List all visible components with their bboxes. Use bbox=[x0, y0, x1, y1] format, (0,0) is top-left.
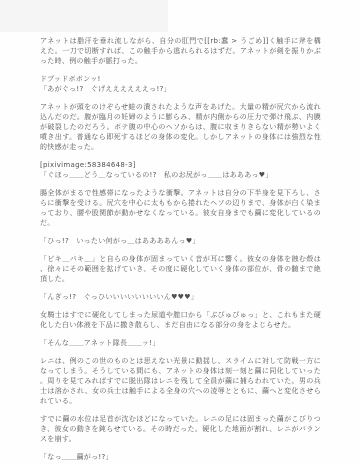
paragraph: アネットは脂汗を垂れ流しながら、自分の肛門で[[rb:蠢 > うごめ]]く触手に… bbox=[40, 36, 321, 66]
paragraph: 腸全体がまるで性感帯になったような衝撃。アネットは自分の下半身を見下ろし、さらに… bbox=[40, 188, 321, 228]
paragraph: アネットが頭をのけぞらせ蛙の潰されたような声をあげた。大量の精が尻穴から流れ込ん… bbox=[40, 102, 321, 152]
pixiv-image-tag: [pixivimage:58384648-3] bbox=[40, 160, 321, 170]
dialogue-line: 「なっ＿＿繭がっ!?」 bbox=[40, 452, 321, 462]
dialogue-line: 「ぐほっ＿＿どう＿なっているの!? 私のお尻がっ＿＿はあああっ♥」 bbox=[40, 170, 321, 180]
paragraph: すでに繭の水位は足首が沈むほどになっていた。レニの足には固まった繭がこびりつき、… bbox=[40, 414, 321, 444]
dialogue-line: 「そんな＿＿アネット隊長＿＿ッ!」 bbox=[40, 338, 321, 348]
paragraph: 女騎士はすでに硬化してしまった尿道や膣口から「ぶびゅびゅっ」と、これもまた硬化し… bbox=[40, 310, 321, 330]
dialogue-line: 「んぎっ!? ぐっひいいいいいいいいん♥♥♥」 bbox=[40, 292, 321, 302]
sfx-line: ドブッドボボンッ! bbox=[40, 74, 321, 84]
page-corner-shade bbox=[0, 0, 168, 32]
novel-text-content: アネットは脂汗を垂れ流しながら、自分の肛門で[[rb:蠢 > うごめ]]く触手に… bbox=[40, 36, 321, 466]
paragraph: 「ビキ＿パキ＿」と自らの身体が固まっていく音が耳に響く。彼女の身体を蝕む殻は、徐… bbox=[40, 254, 321, 284]
dialogue-line: 「あがぐっ!? ぐげええええええっ!?」 bbox=[40, 84, 321, 94]
novel-page: アネットは脂汗を垂れ流しながら、自分の肛門で[[rb:蠢 > うごめ]]く触手に… bbox=[0, 0, 360, 466]
dialogue-line: 「ひっ!? いったい何がっ＿はああああんっ♥」 bbox=[40, 236, 321, 246]
paragraph: レニは、例のこの世のものとは思えない光景に動揺し、スライムに対して防戦一方になっ… bbox=[40, 356, 321, 406]
